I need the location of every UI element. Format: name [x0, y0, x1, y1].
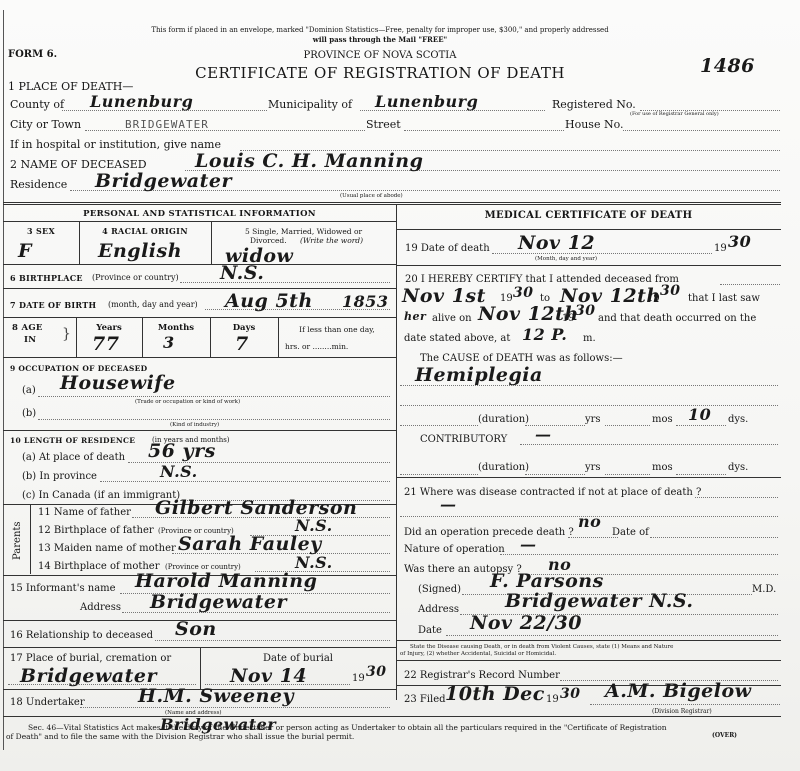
occupation-b-label: (b)	[22, 408, 36, 419]
death-year-value: 30	[728, 232, 751, 251]
cause-duration-days: 10	[688, 405, 711, 424]
date-of-birth-note: (month, day and year)	[108, 300, 198, 309]
filed-year-prefix: 19	[546, 694, 559, 705]
left-border	[3, 10, 4, 750]
occupation-a-note: (Trade or occupation or kind of work)	[135, 399, 240, 405]
physician-date-label: Date	[418, 625, 442, 636]
months-label: Months	[142, 323, 210, 333]
duration-label: (duration)	[478, 414, 529, 425]
sex-value: F	[18, 240, 32, 262]
registrar-note: (Division Registrar)	[652, 708, 712, 715]
time-value: 12 P.	[522, 325, 567, 344]
death-date-label: 19 Date of death	[405, 243, 490, 254]
alive-on-year: 30	[575, 303, 595, 319]
death-certificate: This form if placed in an envelope, mark…	[0, 0, 800, 771]
her-value: her	[404, 310, 426, 323]
mos-label: mos	[652, 414, 673, 425]
attended-from-year: 30	[513, 285, 533, 301]
informant-label: 15 Informant's name	[10, 583, 116, 594]
cause-value: Hemiplegia	[415, 364, 543, 386]
attended-from-value: Nov 1st	[402, 285, 486, 307]
marital-label-1: 5 Single, Married, Widowed or	[211, 227, 396, 236]
burial-year-prefix: 19	[352, 673, 365, 684]
physician-address-value: Bridgewater N.S.	[505, 590, 694, 612]
registered-no-note: (For use of Registrar General only)	[630, 111, 719, 117]
md-label: M.D.	[752, 584, 776, 595]
registrar-signature: A.M. Bigelow	[605, 680, 752, 702]
death-date-note: (Month, day and year)	[535, 256, 597, 262]
last-saw-label: that I last saw	[688, 293, 760, 304]
hospital-label: If in hospital or institution, give name	[10, 138, 221, 151]
mail-notice-line2: will pass through the Mail "FREE"	[100, 35, 660, 44]
filed-value: 10th Dec	[445, 683, 545, 705]
days-label: Days	[210, 323, 278, 333]
marital-label-2: Divorced.	[250, 236, 287, 245]
death-date-value: Nov 12	[518, 232, 595, 254]
contributory-dys-label: dys.	[728, 462, 748, 473]
in-province-value: N.S.	[160, 462, 198, 481]
racial-origin-label: 4 RACIAL ORIGIN	[79, 226, 211, 236]
less-than-day-label: If less than one day,	[278, 325, 396, 334]
footer-line1: Sec. 46—Vital Statistics Act makes it th…	[28, 723, 667, 732]
certify-label: 20 I HEREBY CERTIFY that I attended dece…	[405, 274, 679, 285]
sex-label: 3 SEX	[3, 226, 79, 236]
province-label: PROVINCE OF NOVA SCOTIA	[200, 50, 560, 61]
footer-over: (OVER)	[712, 732, 737, 739]
date-of-label: Date of	[612, 527, 649, 538]
in-province-label: (b) In province	[22, 471, 97, 482]
cause-label: The CAUSE of DEATH was as follows:—	[420, 353, 623, 364]
contributory-yrs-label: yrs	[585, 462, 601, 473]
informant-address-value: Bridgewater	[150, 591, 287, 613]
age-in-label: IN	[24, 335, 36, 345]
burial-year-value: 30	[366, 664, 386, 680]
q21-value: —	[440, 495, 457, 514]
father-birthplace-label: 12 Birthplace of father	[38, 525, 154, 536]
county-value: Lunenburg	[90, 92, 193, 111]
years-label: Years	[76, 323, 142, 333]
city-label: City or Town	[10, 118, 81, 131]
mother-name-value: Sarah Fauley	[178, 533, 322, 555]
record-number-label: 22 Registrar's Record Number	[404, 670, 560, 681]
birthplace-note: (Province or country)	[92, 273, 179, 282]
hrs-min-label: hrs. or ........min.	[285, 342, 348, 351]
relationship-value: Son	[175, 618, 217, 640]
date-stated-label: date stated above, at	[404, 333, 510, 344]
street-label: Street	[366, 118, 401, 131]
mail-notice-line1: This form if placed in an envelope, mark…	[100, 26, 660, 34]
occupation-b-note: (Kind of industry)	[170, 422, 219, 428]
operation-label: Did an operation precede death ?	[404, 527, 574, 538]
personal-section-title: PERSONAL AND STATISTICAL INFORMATION	[3, 209, 396, 219]
nature-label: Nature of operation	[404, 544, 505, 555]
contributory-value: —	[535, 425, 552, 444]
yrs-label: yrs	[585, 414, 601, 425]
alive-on-label: alive on	[432, 313, 472, 324]
undertaker-value: H.M. Sweeney	[138, 685, 294, 707]
days-value: 7	[235, 333, 249, 355]
signed-value: F. Parsons	[490, 570, 604, 592]
death-year-prefix: 19	[714, 243, 727, 254]
marital-label-3: (Write the word)	[300, 236, 363, 245]
m-label: m.	[583, 333, 596, 344]
footer-line2: of Death" and to file the same with the …	[6, 732, 354, 741]
death-occurred-label: and that death occurred on the	[598, 313, 756, 324]
burial-place-label: 17 Place of burial, cremation or	[10, 653, 171, 664]
county-label: County of	[10, 98, 64, 111]
racial-origin-value: English	[98, 240, 182, 262]
contributory-label: CONTRIBUTORY	[420, 434, 507, 445]
birthplace-label: 6 BIRTHPLACE	[10, 273, 83, 283]
signed-label: (Signed)	[418, 584, 461, 595]
contributory-duration-label: (duration)	[478, 462, 529, 473]
occupation-a-value: Housewife	[60, 372, 176, 394]
mother-name-label: 13 Maiden name of mother	[38, 543, 176, 554]
date-of-birth-label: 7 DATE OF BIRTH	[10, 300, 96, 310]
father-name-label: 11 Name of father	[38, 507, 131, 518]
physician-date-value: Nov 22/30	[470, 612, 582, 634]
at-place-value: 56 yrs	[148, 440, 216, 462]
attended-to-year-prefix: 19	[647, 293, 660, 304]
informant-value: Harold Manning	[135, 570, 317, 592]
city-value: BRIDGEWATER	[125, 118, 209, 131]
filed-label: 23 Filed	[404, 694, 446, 705]
house-no-label: House No.	[565, 118, 624, 131]
residence-label: Residence	[10, 178, 67, 191]
residence-note: (Usual place of abode)	[340, 193, 403, 199]
name-of-deceased-value: Louis C. H. Manning	[195, 150, 423, 172]
registered-no-label: Registered No.	[552, 98, 636, 111]
nature-value: —	[520, 535, 537, 554]
alive-on-year-prefix: 19	[562, 313, 575, 324]
contributory-mos-label: mos	[652, 462, 673, 473]
age-label: 8 AGE	[12, 323, 43, 333]
residence-value: Bridgewater	[95, 170, 232, 192]
dys-label: dys.	[728, 414, 748, 425]
months-value: 3	[163, 333, 175, 352]
years-value: 77	[92, 333, 119, 355]
date-of-birth-year: 1853	[342, 292, 389, 311]
residence-length-label: 10 LENGTH OF RESIDENCE	[10, 436, 135, 445]
relationship-label: 16 Relationship to deceased	[10, 630, 153, 641]
informant-address-label: Address	[80, 602, 121, 613]
burial-date-label: Date of burial	[200, 653, 396, 664]
at-place-label: (a) At place of death	[22, 452, 125, 463]
date-of-birth-value: Aug 5th	[225, 290, 313, 312]
medical-section-title: MEDICAL CERTIFICATE OF DEATH	[396, 210, 781, 221]
disease-note-2: of Injury, (2) whether Accidental, Suici…	[400, 651, 556, 657]
birthplace-value: N.S.	[220, 262, 264, 284]
certificate-title: CERTIFICATE OF REGISTRATION OF DEATH	[170, 64, 590, 82]
form-number: FORM 6.	[8, 49, 57, 60]
municipality-value: Lunenburg	[375, 92, 478, 111]
occupation-a-label: (a)	[22, 385, 36, 396]
handwritten-number: 1486	[700, 55, 755, 77]
undertaker-label: 18 Undertaker	[10, 697, 85, 708]
operation-value: no	[578, 512, 601, 531]
municipality-label: Municipality of	[268, 98, 352, 111]
disease-note-1: State the Disease causing Death, or in d…	[410, 644, 673, 650]
parents-label: Parents	[12, 521, 23, 560]
filed-year-value: 30	[560, 686, 580, 702]
attended-to-year: 30	[660, 283, 680, 299]
physician-address-label: Address	[418, 604, 459, 615]
